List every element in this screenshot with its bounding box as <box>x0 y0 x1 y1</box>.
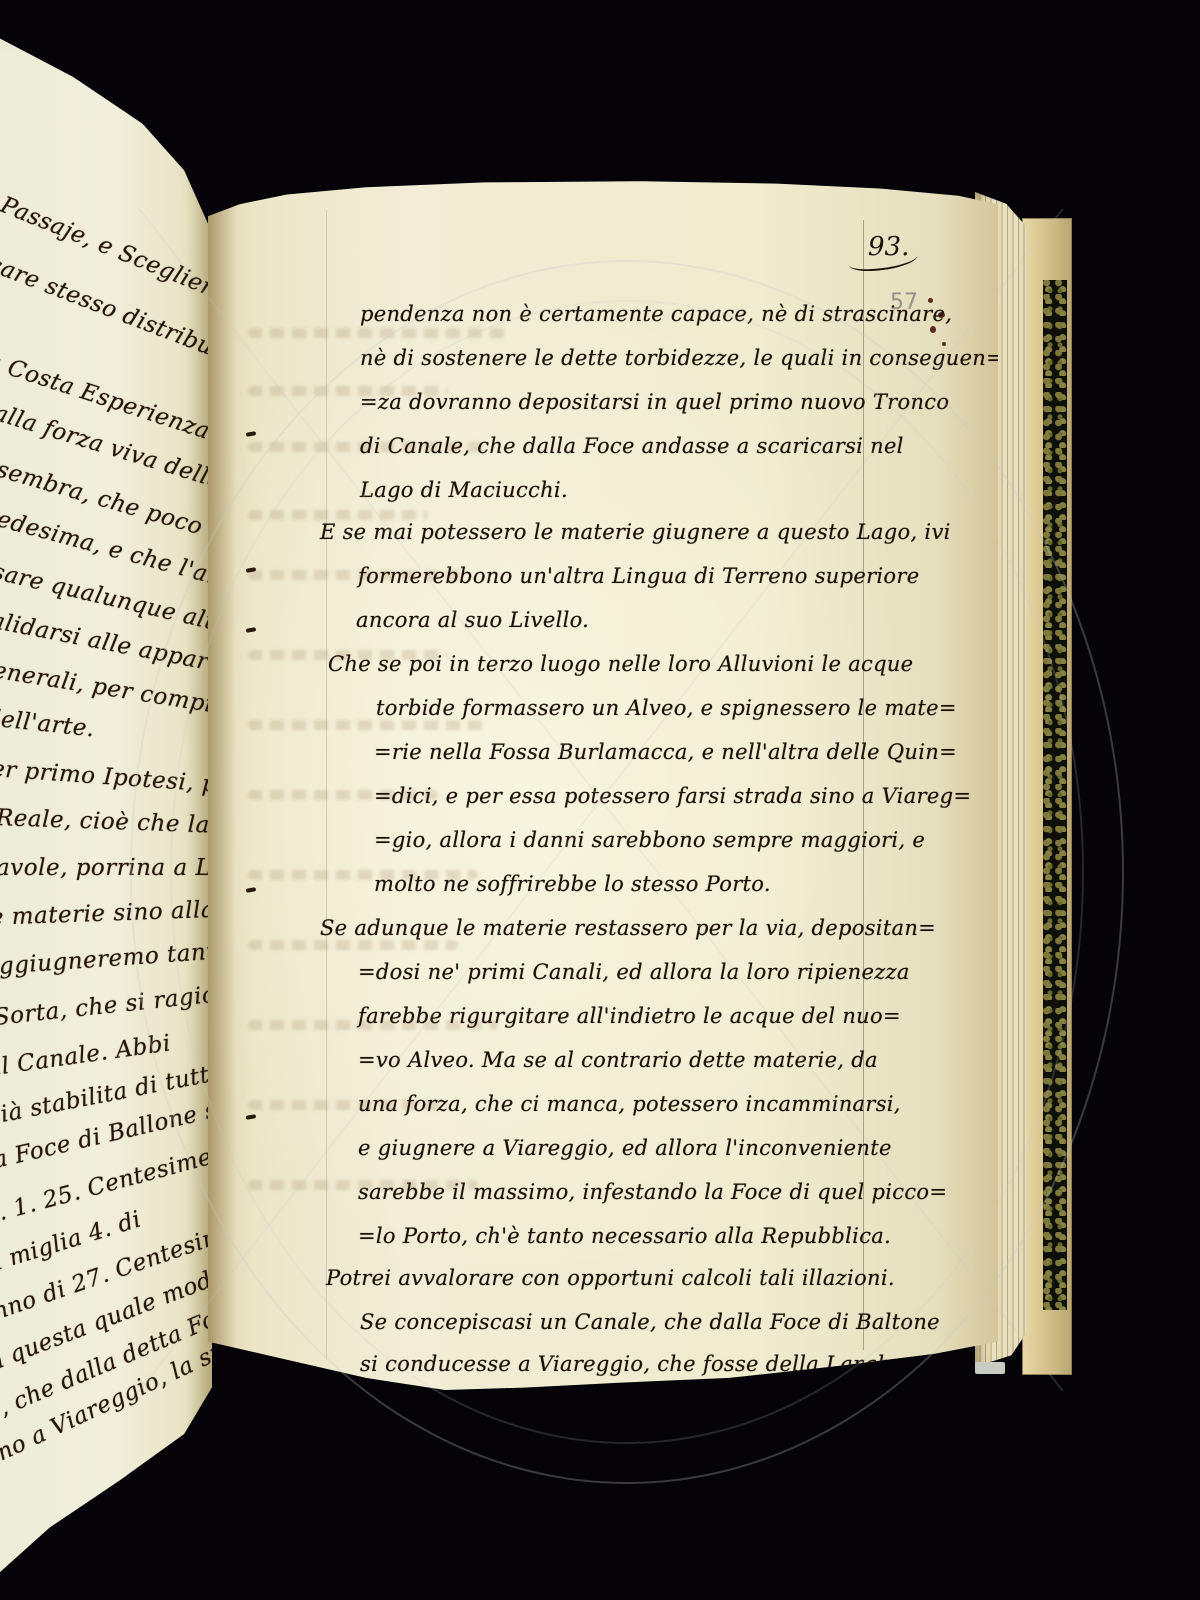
margin-mark <box>246 627 257 633</box>
manuscript-line: Se adunque le materie restassero per la … <box>320 916 936 940</box>
right-page: 93. 57 pendenza non è certamente capace,… <box>208 180 998 1390</box>
bleed-through-text <box>248 328 508 338</box>
manuscript-line: E se mai potessero le materie giugnere a… <box>320 520 951 544</box>
manuscript-spread: le Passaje, e Sceglierne usare stesso di… <box>0 0 1200 1600</box>
manuscript-line: pendenza non è certamente capace, nè di … <box>360 302 952 326</box>
left-line: per primo Ipotesi, più <box>0 755 212 799</box>
manuscript-line: =vo Alveo. Ma se al contrario dette mate… <box>358 1048 878 1072</box>
manuscript-line: =lo Porto, ch'è tanto necessario alla Re… <box>358 1224 891 1248</box>
manuscript-line: molto ne soffrirebbe lo stesso Porto. <box>374 872 771 896</box>
marbled-cover-edge <box>1043 280 1067 1310</box>
manuscript-line: Potrei avvalorare con opportuni calcoli … <box>326 1266 895 1290</box>
margin-mark <box>246 431 257 437</box>
bleed-through-text <box>248 940 458 950</box>
left-page: le Passaje, e Sceglierne usare stesso di… <box>0 30 212 1590</box>
manuscript-line: Che se poi in terzo luogo nelle loro All… <box>328 652 913 676</box>
manuscript-line: farebbe rigurgitare all'indietro le acqu… <box>358 1004 901 1028</box>
manuscript-line: Se concepiscasi un Canale, che dalla Foc… <box>360 1310 940 1334</box>
manuscript-line: =dosi ne' primi Canali, ed allora la lor… <box>358 960 910 984</box>
manuscript-line: di Canale, che dalla Foce andasse a scar… <box>360 434 904 458</box>
left-line: … <box>0 301 2 333</box>
manuscript-line: =dici, e per essa potessero farsi strada… <box>374 784 971 808</box>
margin-mark <box>246 887 257 893</box>
manuscript-line: =za dovranno depositarsi in quel primo n… <box>360 390 949 414</box>
manuscript-line: Lago di Maciucchi. <box>360 478 568 502</box>
manuscript-line: formerebbono un'altra Lingua di Terreno … <box>358 564 919 588</box>
left-line: Sorta, che si ragiona <box>0 979 212 1031</box>
manuscript-line: si conducesse a Viareggio, che fosse del… <box>360 1352 939 1376</box>
left-line: Aggiugneremo tanto <box>0 938 212 981</box>
left-line: le materie sino alla <box>0 897 212 931</box>
page-number: 93. <box>868 232 909 262</box>
manuscript-line: di Brac. 15, e dell'altezza di B. 3, col… <box>356 1394 894 1418</box>
left-line: Tavole, porrina a Lago <box>0 855 212 881</box>
manuscript-line: e giugnere a Viareggio, ed allora l'inco… <box>358 1136 892 1160</box>
manuscript-line: una forza, che ci manca, potessero incam… <box>358 1092 901 1116</box>
manuscript-line: torbide formassero un Alveo, e spignesse… <box>376 696 957 720</box>
left-line: Reale, cioè che la forza <box>0 805 212 841</box>
manuscript-line: ancora al suo Livello. <box>356 608 589 632</box>
bleed-through-text <box>248 510 428 520</box>
left-line: dell'arte. <box>0 705 96 742</box>
manuscript-line: =rie nella Fossa Burlamacca, e nell'altr… <box>374 740 957 764</box>
bleed-through-text <box>248 720 488 730</box>
margin-mark <box>246 1114 257 1120</box>
manuscript-line: sarebbe il massimo, infestando la Foce d… <box>358 1180 947 1204</box>
metal-clasp <box>975 1362 1005 1374</box>
manuscript-line: nè di sostenere le dette torbidezze, le … <box>360 346 1004 370</box>
manuscript-line: =gio, allora i danni sarebbono sempre ma… <box>374 828 925 852</box>
